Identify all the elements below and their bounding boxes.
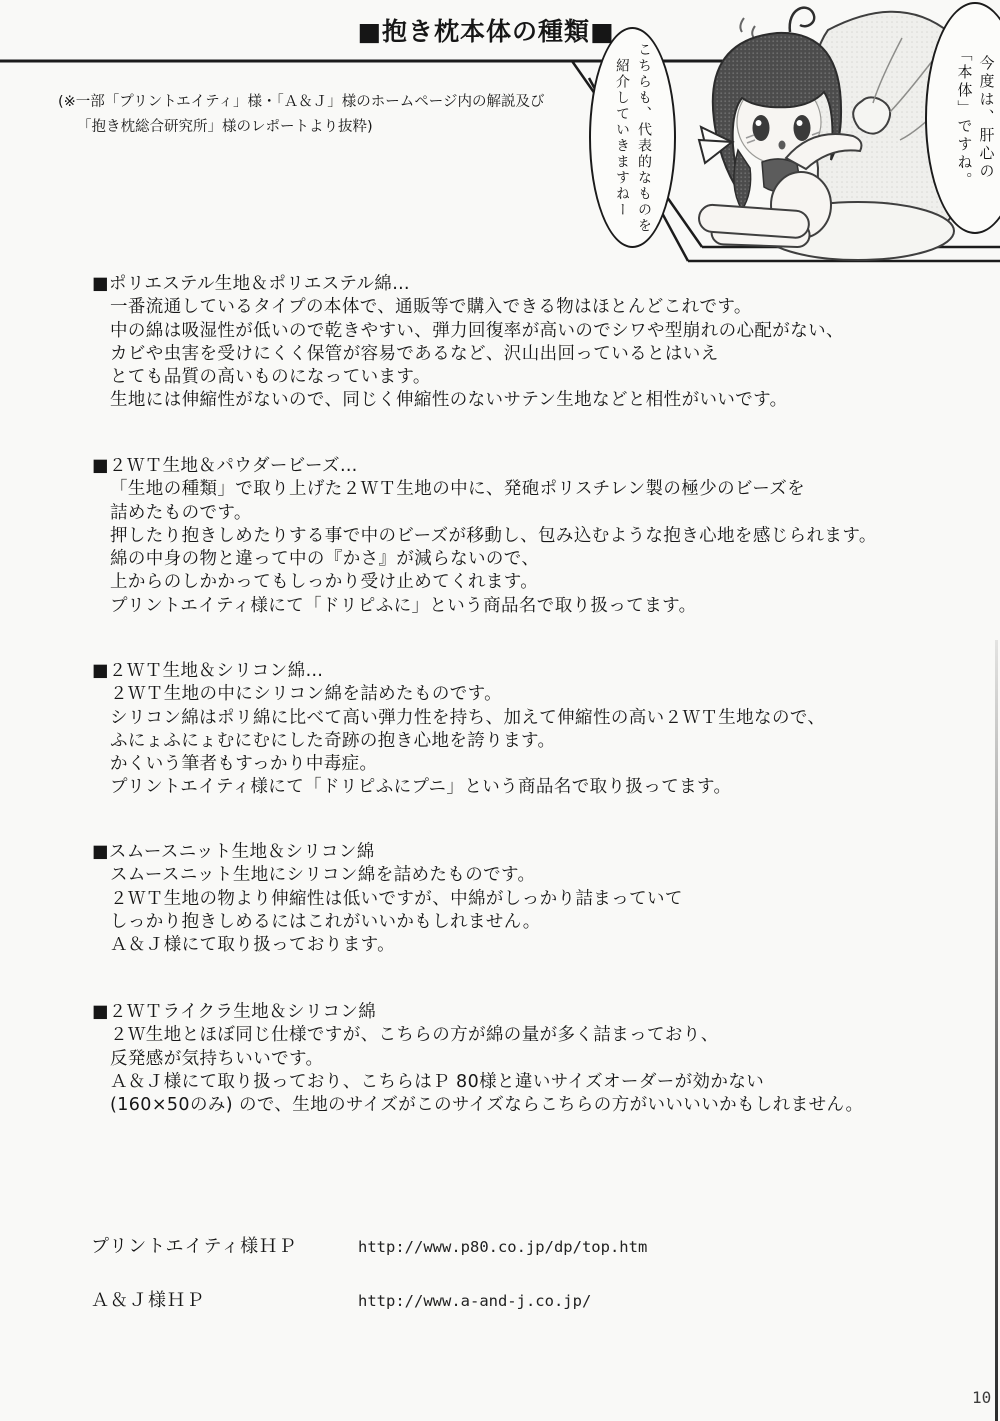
footer-link-print80: プリントエイティ様ＨＰhttp://www.p80.co.jp/dp/top.h… — [91, 1232, 647, 1258]
document-page: こちらも、代表的なものを 紹介していきますねー 今度は、肝心の 「本体」ですね。… — [0, 0, 1000, 1421]
page-title: ■抱き枕本体の種類■ — [0, 12, 986, 48]
source-note: (※一部「プリントエイティ」様・「Ａ＆Ｊ」様のホームページ内の解説及び 「抱き枕… — [58, 90, 544, 140]
source-note-line1: (※一部「プリントエイティ」様・「Ａ＆Ｊ」様のホームページ内の解説及び — [58, 90, 544, 115]
section-line: Ａ＆Ｊ様にて取り扱っており、こちらはＰ 80様と違いサイズオーダーが効かない — [110, 1071, 863, 1094]
hair-side-lock — [734, 150, 751, 210]
section-line: とても品質の高いものになっています。 — [110, 366, 844, 389]
section-line: 反発感が気持ちいいです。 — [110, 1048, 863, 1071]
section-2wt-powder-beads: ■２ＷＴ生地＆パウダービーズ… 「生地の種類」で取り上げた２ＷＴ生地の中に、発砲… — [92, 455, 877, 618]
bubble-right-text-col2: 「本体」ですね。 — [955, 46, 974, 190]
section-line: シリコン綿はポリ綿に比べて高い弾力性を持ち、加えて伸縮性の高い２ＷＴ生地なので、 — [110, 707, 825, 730]
section-line: しっかり抱きしめるにはこれがいいかもしれません。 — [110, 911, 683, 934]
section-header: ■２ＷＴ生地＆シリコン綿… — [92, 660, 825, 683]
footer-link-a-and-j: Ａ＆Ｊ様ＨＰhttp://www.a-and-j.co.jp/ — [91, 1286, 591, 1312]
section-line: 詰めたものです。 — [110, 502, 877, 525]
section-line: プリントエイティ様にて「ドリピふにプニ」という商品名で取り扱ってます。 — [110, 776, 825, 799]
footer-link-label: Ａ＆Ｊ様ＨＰ — [91, 1286, 358, 1312]
speech-bubble-left: こちらも、代表的なものを 紹介していきますねー — [589, 27, 676, 248]
section-header: ■２ＷＴ生地＆パウダービーズ… — [92, 455, 877, 478]
section-line: 中の綿は吸湿性が低いので乾きやすい、弾力回復率が高いのでシワや型崩れの心配がない… — [110, 320, 844, 343]
section-line: カビや虫害を受けにくく保管が容易であるなど、沢山出回っているとはいえ — [110, 343, 844, 366]
section-header: ■２ＷＴライクラ生地＆シリコン綿 — [92, 1001, 863, 1024]
section-line: ２ＷＴ生地の中にシリコン綿を詰めたものです。 — [110, 683, 825, 706]
section-2wt-lycra-silicon: ■２ＷＴライクラ生地＆シリコン綿 ２Ｗ生地とほぼ同じ仕様ですが、こちらの方が綿の… — [92, 1001, 863, 1117]
page-edge-line — [995, 640, 998, 1421]
section-line: ２ＷＴ生地の物より伸縮性は低いですが、中綿がしっかり詰まっていて — [110, 888, 683, 911]
section-line: 一番流通しているタイプの本体で、通販等で購入できる物はほとんどこれです。 — [110, 296, 844, 319]
section-line: 押したり抱きしめたりする事で中のビーズが移動し、包み込むような抱き心地を感じられ… — [110, 525, 877, 548]
section-polyester: ■ポリエステル生地＆ポリエステル綿… 一番流通しているタイプの本体で、通販等で購… — [92, 273, 844, 413]
page-number: 10 — [972, 1388, 991, 1407]
section-header: ■ポリエステル生地＆ポリエステル綿… — [92, 273, 844, 296]
footer-link-url: http://www.p80.co.jp/dp/top.htm — [358, 1238, 647, 1256]
source-note-line2: 「抱き枕総合研究所」様のレポートより抜粋) — [58, 115, 544, 140]
section-2wt-silicon: ■２ＷＴ生地＆シリコン綿… ２ＷＴ生地の中にシリコン綿を詰めたものです。 シリコ… — [92, 660, 825, 800]
section-line: プリントエイティ様にて「ドリピふに」という商品名で取り扱ってます。 — [110, 595, 877, 618]
section-line: スムースニット生地にシリコン綿を詰めたものです。 — [110, 864, 683, 887]
section-line: 上からのしかかってもしっかり受け止めてくれます。 — [110, 571, 877, 594]
section-line: Ａ＆Ｊ様にて取り扱っております。 — [110, 934, 683, 957]
bubble-left-text-col2: 紹介していきますねー — [612, 58, 631, 218]
section-line: ２Ｗ生地とほぼ同じ仕様ですが、こちらの方が綿の量が多く詰まっており、 — [110, 1024, 863, 1047]
footer-link-label: プリントエイティ様ＨＰ — [91, 1232, 358, 1258]
section-header: ■スムースニット生地＆シリコン綿 — [92, 841, 683, 864]
section-line: 「生地の種類」で取り上げた２ＷＴ生地の中に、発砲ポリスチレン製の極少のビーズを — [110, 478, 877, 501]
section-line: 生地には伸縮性がないので、同じく伸縮性のないサテン生地などと相性がいいです。 — [110, 389, 844, 412]
mouth — [779, 141, 786, 150]
section-line: ふにょふにょむにむにした奇跡の抱き心地を誇ります。 — [110, 730, 825, 753]
bubble-right-text-col1: 今度は、肝心の — [977, 55, 996, 181]
bubble-left-text-col1: こちらも、代表的なものを — [634, 42, 653, 234]
section-smooth-knit-silicon: ■スムースニット生地＆シリコン綿 スムースニット生地にシリコン綿を詰めたものです… — [92, 841, 683, 957]
footer-link-url: http://www.a-and-j.co.jp/ — [358, 1292, 591, 1310]
section-line: (160×50のみ) ので、生地のサイズがこのサイズならこちらの方がいいいいかも… — [110, 1094, 863, 1117]
section-line: 綿の中身の物と違って中の『かさ』が減らないので、 — [110, 548, 877, 571]
section-line: かくいう筆者もすっかり中毒症。 — [110, 753, 825, 776]
